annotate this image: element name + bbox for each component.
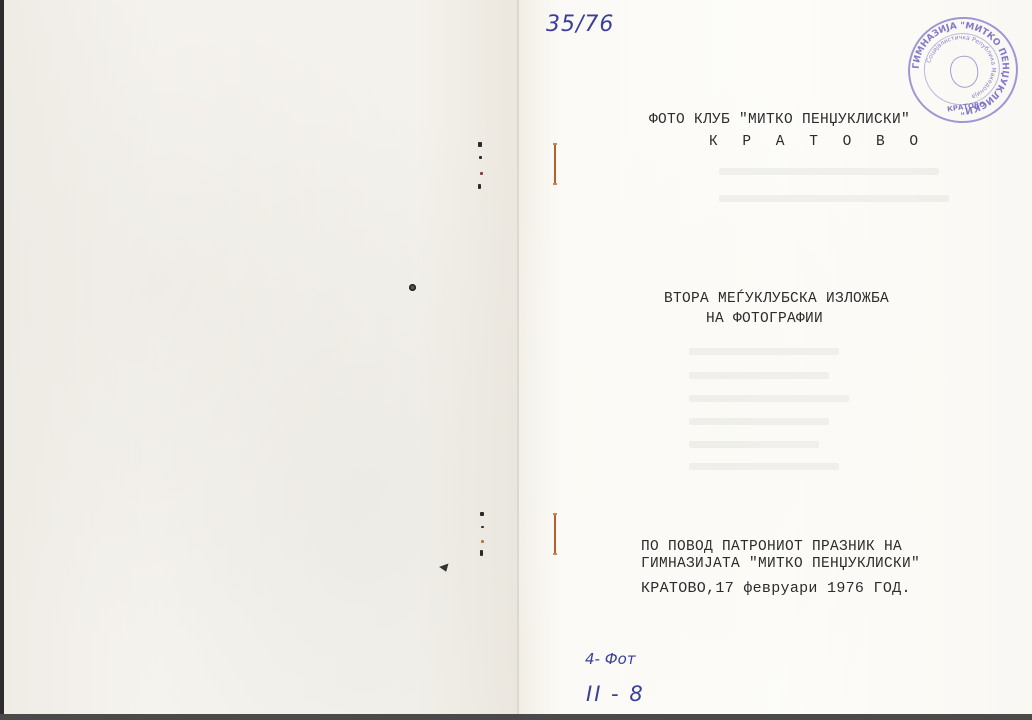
show-through-text [689, 372, 829, 379]
binding-hole-mark [478, 142, 482, 147]
club-name: ФОТО КЛУБ "МИТКО ПЕНЏУКЛИСКИ" [649, 112, 910, 128]
show-through-text [689, 441, 819, 448]
binding-hole-mark [480, 512, 484, 516]
binding-hole-mark [478, 184, 481, 189]
show-through-text [719, 195, 949, 202]
left-page-back-cover [4, 0, 519, 714]
city-name: К Р А Т О В О [709, 134, 926, 150]
scan-bottom-edge [0, 714, 1032, 720]
paper-tear-mark [439, 564, 451, 574]
show-through-text [689, 395, 849, 402]
handwritten-category: 4- Фот [585, 650, 636, 668]
archive-number: 35/76 [546, 12, 614, 37]
exhibition-title-line1: ВТОРА МЕЃУКЛУБСКА ИЗЛОЖБА [664, 291, 889, 307]
show-through-text [689, 463, 839, 470]
date-line: КРАТОВО,17 февруари 1976 ГОД. [641, 580, 911, 597]
binding-hole-mark [480, 550, 483, 556]
staple-bottom [554, 513, 556, 555]
binding-hole-mark [480, 172, 483, 175]
school-stamp: ГИМНАЗИЈА "МИТКО ПЕНЏУКЛИСКИ" Социјалист… [901, 10, 1025, 130]
punch-hole [409, 284, 416, 291]
occasion-line1: ПО ПОВОД ПАТРОНИОТ ПРАЗНИК НА [641, 539, 902, 555]
binding-hole-mark [479, 156, 482, 159]
show-through-text [689, 418, 829, 425]
show-through-text [689, 348, 839, 355]
binding-hole-mark [481, 526, 484, 528]
staple-top [554, 143, 556, 185]
handwritten-shelf-mark: II - 8 [586, 682, 645, 706]
occasion-line2: ГИМНАЗИЈАТА "МИТКО ПЕНЏУКЛИСКИ" [641, 556, 920, 572]
exhibition-title-line2: НА ФОТОГРАФИИ [706, 311, 823, 327]
document-spread: 35/76 ГИМНАЗИЈА "МИТКО ПЕНЏУКЛИСКИ" Соци… [0, 0, 1032, 714]
show-through-text [719, 168, 939, 175]
binding-hole-mark [481, 540, 484, 543]
